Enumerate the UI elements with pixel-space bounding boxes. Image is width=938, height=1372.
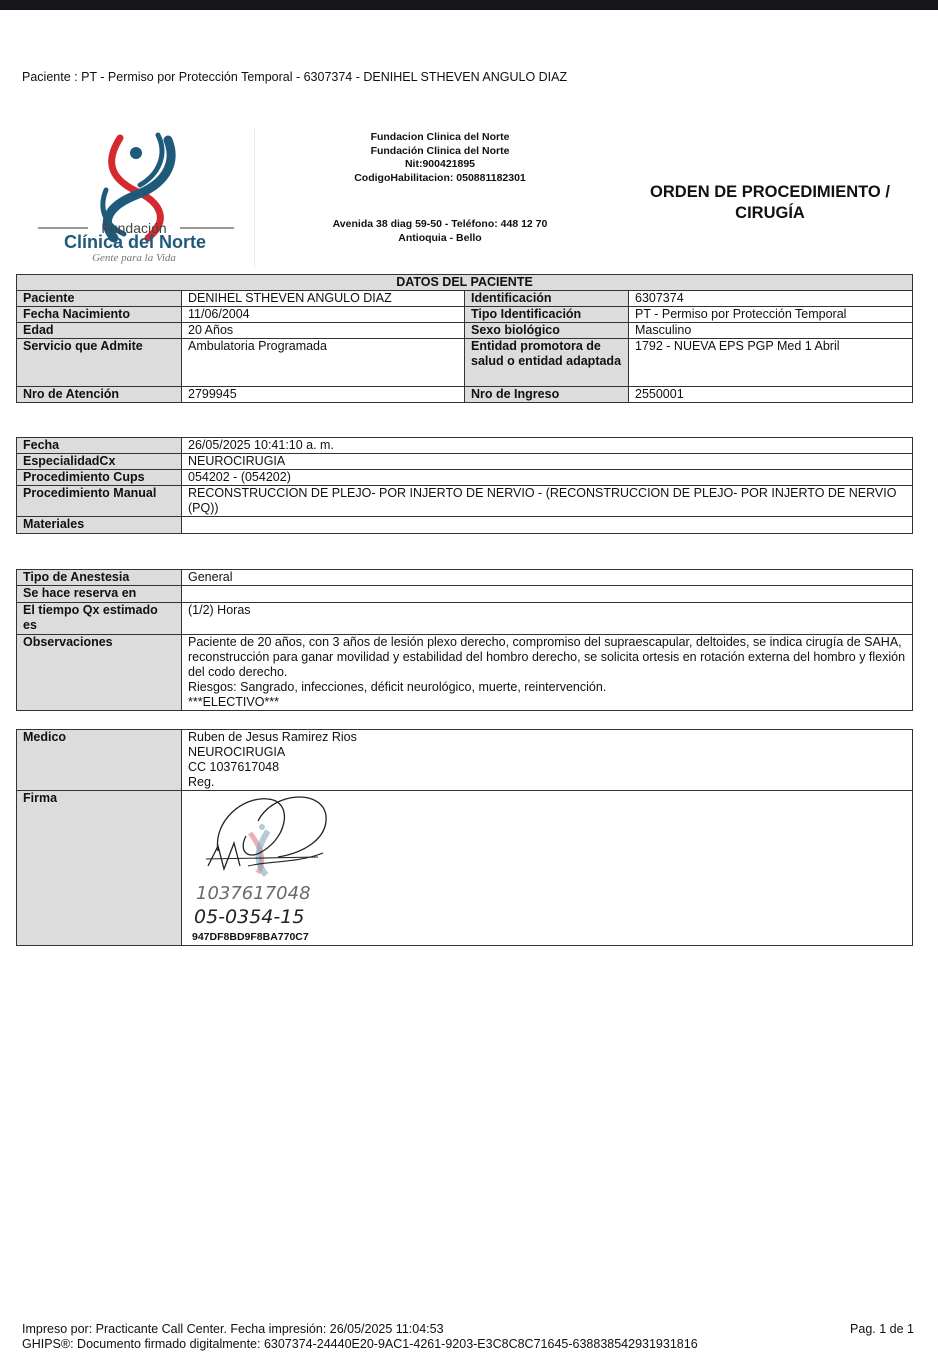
table-row: Procedimiento Cups 054202 - (054202) [17,470,913,486]
risks-text: Riesgos: Sangrado, infecciones, déficit … [188,680,906,695]
anesthesia-table: Tipo de Anestesia General Se hace reserv… [16,569,913,711]
sex-value: Masculino [629,323,913,339]
field-label: Tipo Identificación [465,307,629,323]
field-label: Se hace reserva en [17,586,182,603]
field-label: Tipo de Anestesia [17,570,182,586]
field-label: EspecialidadCx [17,454,182,470]
signature: 1037617048 05-0354-15 947DF8BD9F8BA770C7 [188,791,906,945]
attention-number-value: 2799945 [182,387,465,403]
table-row: Paciente DENIHEL STHEVEN ANGULO DIAZ Ide… [17,291,913,307]
clinic-logo-icon: Fundación Clínica del Norte Gente para l… [28,130,253,268]
table-row: Nro de Atención 2799945 Nro de Ingreso 2… [17,387,913,403]
field-label: Nro de Atención [17,387,182,403]
organization-address: Avenida 38 diag 59-50 - Teléfono: 448 12… [300,217,580,245]
estimated-time-value: (1/2) Horas [182,603,913,635]
identification-value: 6307374 [629,291,913,307]
observations-text: Paciente de 20 años, con 3 años de lesió… [188,635,906,680]
cups-value: 054202 - (054202) [182,470,913,486]
organization-info: Fundacion Clinica del Norte Fundación Cl… [300,131,580,185]
org-name-1: Fundacion Clinica del Norte [300,131,580,145]
observations-value: Paciente de 20 años, con 3 años de lesió… [182,635,913,711]
field-label: Procedimiento Manual [17,486,182,517]
field-label: Materiales [17,517,182,534]
age-value: 20 Años [182,323,465,339]
patient-section-header: DATOS DEL PACIENTE [17,275,913,291]
field-label: Entidad promotora de salud o entidad ada… [465,339,629,387]
table-row: Materiales [17,517,913,534]
field-label: Identificación [465,291,629,307]
signature-cell: 1037617048 05-0354-15 947DF8BD9F8BA770C7 [182,791,913,946]
document-title: ORDEN DE PROCEDIMIENTO / CIRUGÍA [625,182,915,224]
table-row: Servicio que Admite Ambulatoria Programa… [17,339,913,387]
service-value: Ambulatoria Programada [182,339,465,387]
footer: Impreso por: Practicante Call Center. Fe… [22,1322,698,1352]
org-name-2: Fundación Clinica del Norte [300,145,580,159]
field-label: Paciente [17,291,182,307]
field-label: Fecha [17,438,182,454]
physician-value: Ruben de Jesus Ramirez Rios NEUROCIRUGIA… [182,730,913,791]
reservation-value [182,586,913,603]
patient-banner: Paciente : PT - Permiso por Protección T… [22,70,567,84]
field-label: Medico [17,730,182,791]
field-label: Nro de Ingreso [465,387,629,403]
table-row: El tiempo Qx estimado es (1/2) Horas [17,603,913,635]
field-label: Edad [17,323,182,339]
specialty-value: NEUROCIRUGIA [182,454,913,470]
field-label: El tiempo Qx estimado es [17,603,182,635]
digital-signature-id: GHIPS®: Documento firmado digitalmente: … [22,1337,698,1352]
physician-cc: CC 1037617048 [188,760,906,775]
page-indicator: Pag. 1 de 1 [850,1322,914,1336]
svg-text:Clínica del Norte: Clínica del Norte [64,232,206,252]
birth-date-value: 11/06/2004 [182,307,465,323]
document-title-line-2: CIRUGÍA [625,203,915,224]
table-row: Fecha 26/05/2025 10:41:10 a. m. [17,438,913,454]
table-row: Procedimiento Manual RECONSTRUCCION DE P… [17,486,913,517]
svg-text:1037617048: 1037617048 [196,883,311,904]
patient-name-value: DENIHEL STHEVEN ANGULO DIAZ [182,291,465,307]
field-label: Sexo biológico [465,323,629,339]
field-label: Procedimiento Cups [17,470,182,486]
signature-hash: 947DF8BD9F8BA770C7 [192,930,309,945]
table-row: Firma 1037617048 05-0354-15 947D [17,791,913,946]
document-title-line-1: ORDEN DE PROCEDIMIENTO / [625,182,915,203]
physician-specialty: NEUROCIRUGIA [188,745,906,760]
table-row: Observaciones Paciente de 20 años, con 3… [17,635,913,711]
anesthesia-type-value: General [182,570,913,586]
printed-by: Impreso por: Practicante Call Center. Fe… [22,1322,698,1337]
field-label: Firma [17,791,182,946]
patient-data-table: DATOS DEL PACIENTE Paciente DENIHEL STHE… [16,274,913,403]
physician-reg: Reg. [188,775,906,790]
clinic-logo: Fundación Clínica del Norte Gente para l… [28,130,253,268]
table-row: Medico Ruben de Jesus Ramirez Rios NEURO… [17,730,913,791]
physician-name: Ruben de Jesus Ramirez Rios [188,730,906,745]
table-row: Fecha Nacimiento 11/06/2004 Tipo Identif… [17,307,913,323]
table-row: Edad 20 Años Sexo biológico Masculino [17,323,913,339]
org-address: Avenida 38 diag 59-50 - Teléfono: 448 12… [300,217,580,231]
org-codigo: CodigoHabilitacion: 050881182301 [300,172,580,186]
date-value: 26/05/2025 10:41:10 a. m. [182,438,913,454]
procedure-table: Fecha 26/05/2025 10:41:10 a. m. Especial… [16,437,913,534]
table-row: Se hace reserva en [17,586,913,603]
materials-value [182,517,913,534]
field-label: Fecha Nacimiento [17,307,182,323]
physician-table: Medico Ruben de Jesus Ramirez Rios NEURO… [16,729,913,946]
elective-text: ***ELECTIVO*** [188,695,906,710]
field-label: Servicio que Admite [17,339,182,387]
table-row: Tipo de Anestesia General [17,570,913,586]
signature-icon: 1037617048 05-0354-15 [188,791,368,931]
field-label: Observaciones [17,635,182,711]
org-city: Antioquia - Bello [300,231,580,245]
svg-text:05-0354-15: 05-0354-15 [194,906,304,928]
eps-value: 1792 - NUEVA EPS PGP Med 1 Abril [629,339,913,387]
id-type-value: PT - Permiso por Protección Temporal [629,307,913,323]
window-top-bar [0,0,938,10]
admission-number-value: 2550001 [629,387,913,403]
table-row: EspecialidadCx NEUROCIRUGIA [17,454,913,470]
manual-procedure-value: RECONSTRUCCION DE PLEJO- POR INJERTO DE … [182,486,913,517]
logo-divider [254,128,255,268]
org-nit: Nit:900421895 [300,158,580,172]
svg-text:Gente para la Vida: Gente para la Vida [92,252,176,264]
